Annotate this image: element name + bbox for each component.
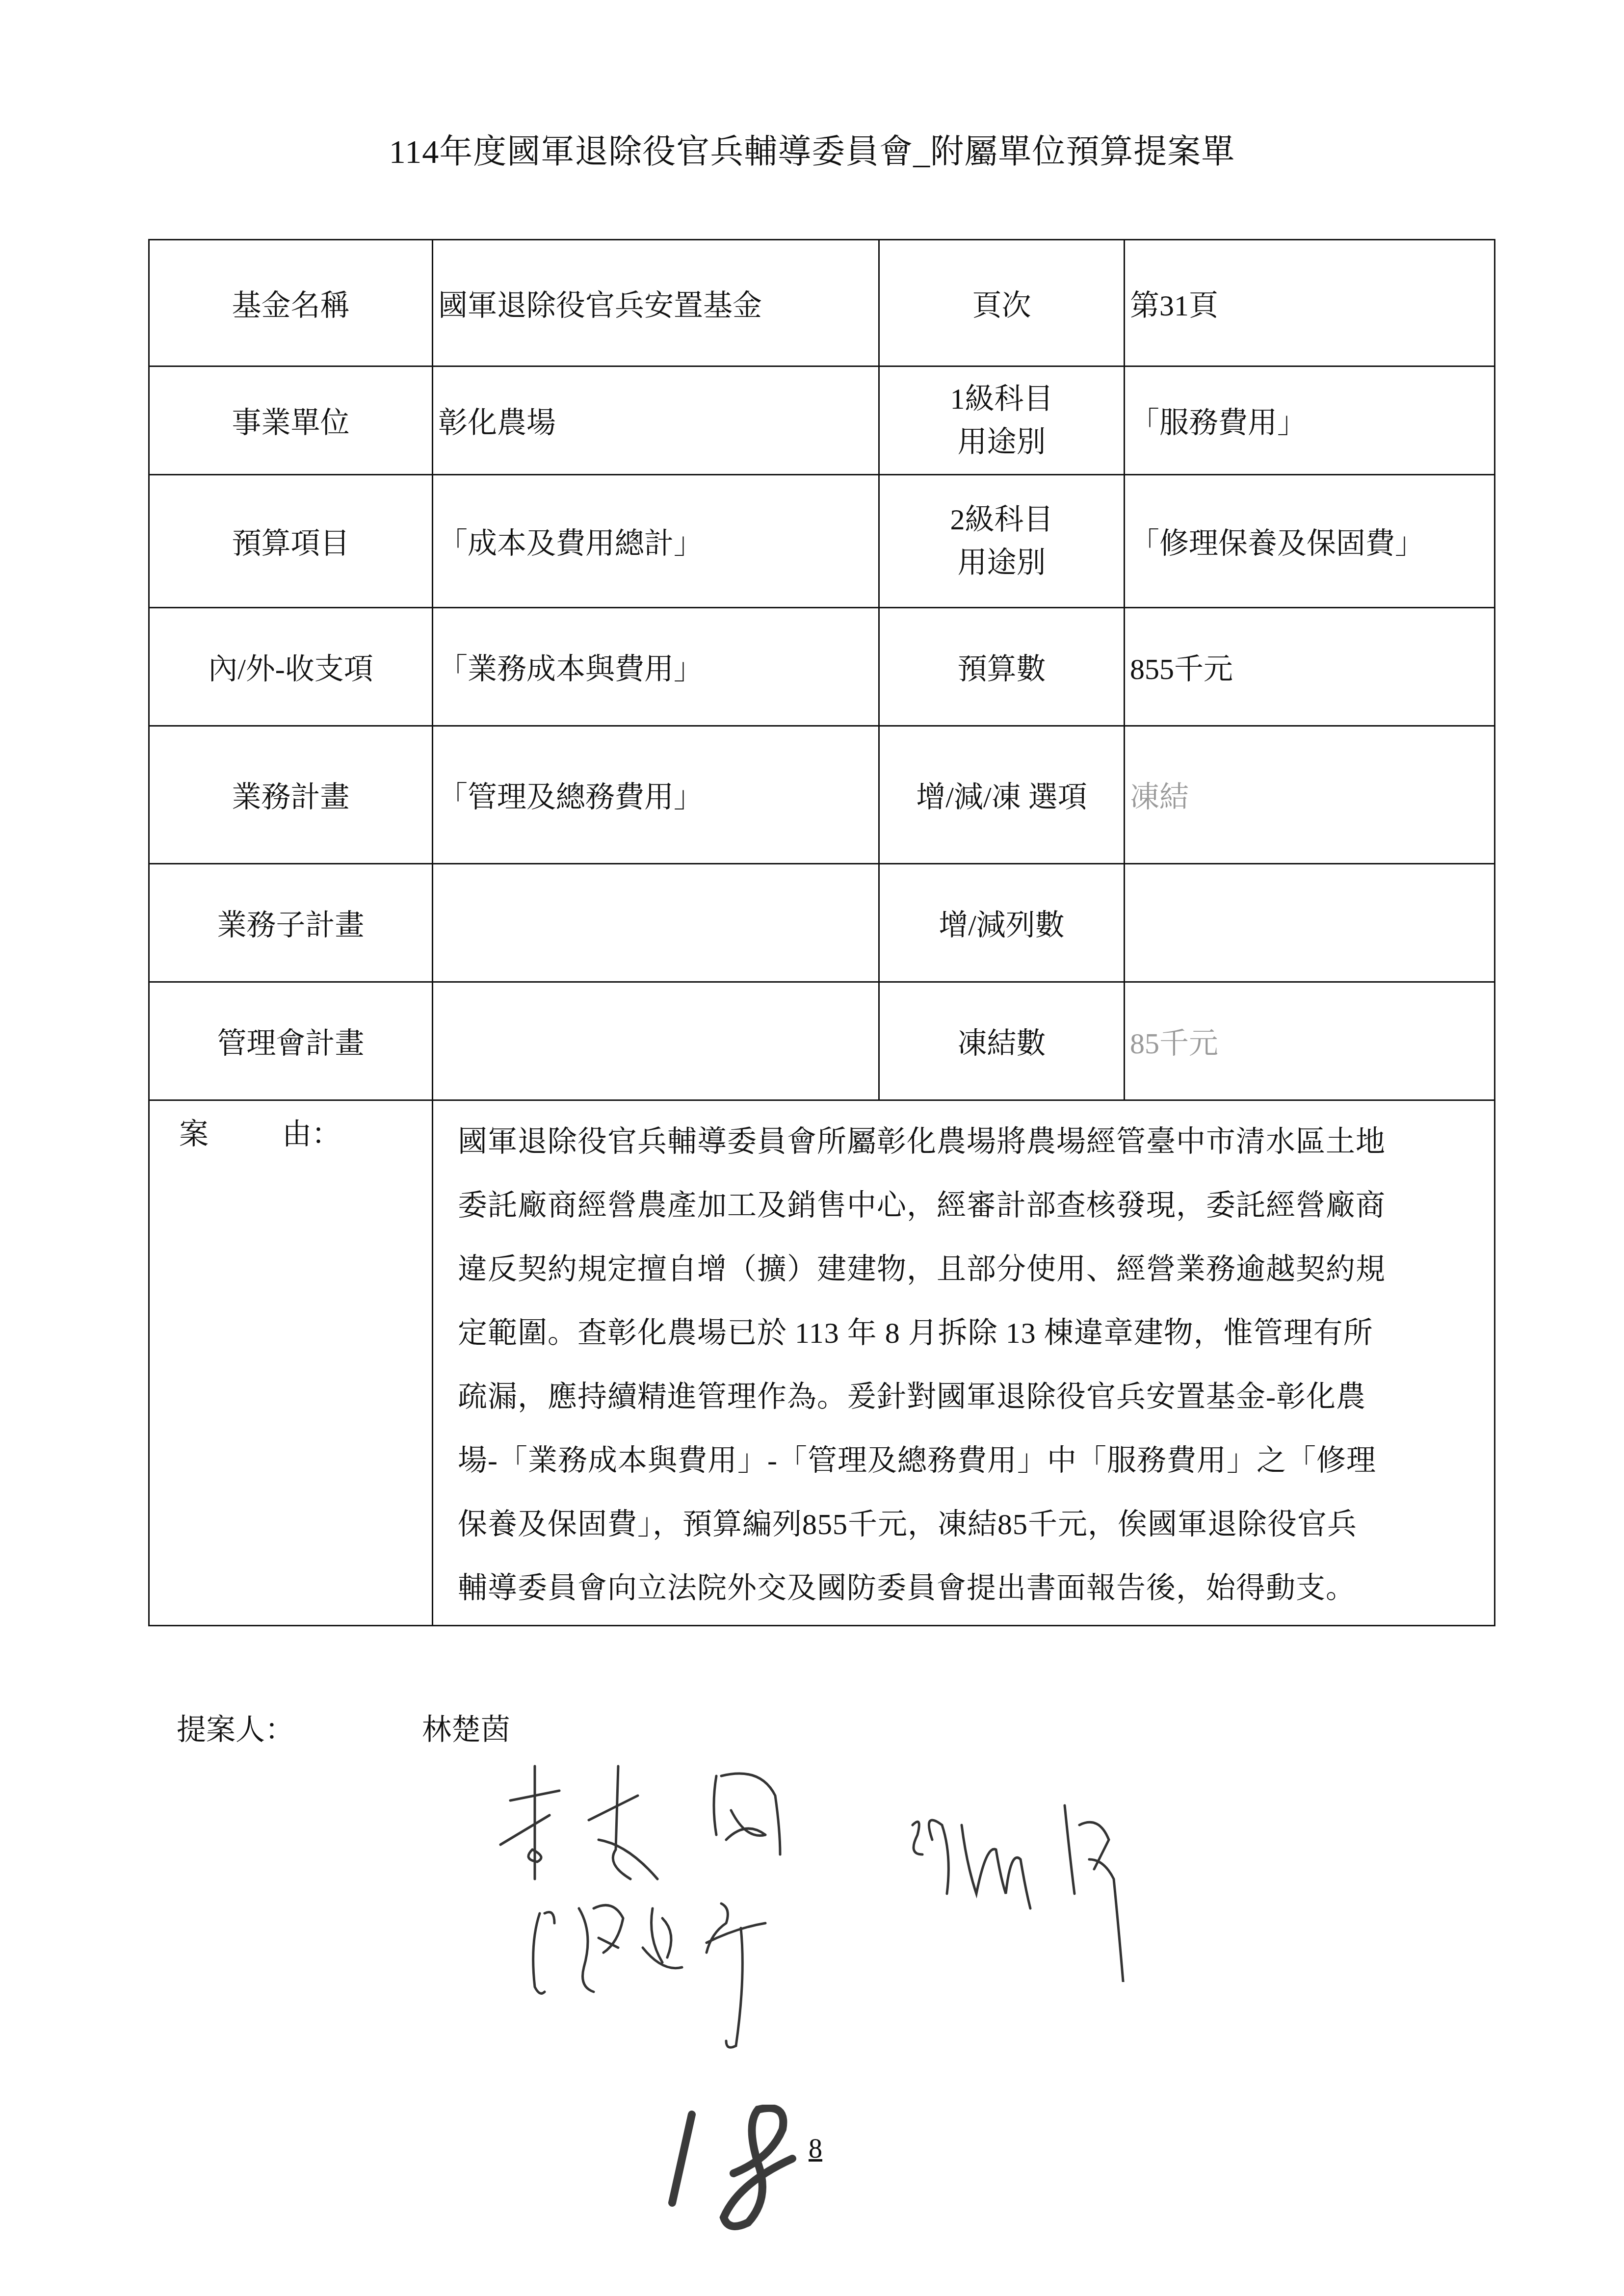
fund-name-label: 基金名稱 [149, 240, 433, 366]
table-row: 預算項目 「成本及費用總計」 2級科目 用途別 「修理保養及保固費」 [149, 475, 1495, 608]
sub-plan-value [433, 864, 879, 982]
budget-amount-value: 855千元 [1125, 608, 1495, 726]
income-expense-label: 內/外-收支項 [149, 608, 433, 726]
handwritten-page-number: 18 [665, 2105, 812, 2232]
level1-subject-value: 「服務費用」 [1125, 366, 1495, 475]
table-row: 業務計畫 「管理及總務費用」 增/減/凍 選項 凍結 [149, 726, 1495, 864]
business-plan-value: 「管理及總務費用」 [433, 726, 879, 864]
business-unit-value: 彰化農場 [433, 366, 879, 475]
fund-name-value: 國軍退除役官兵安置基金 [433, 240, 879, 366]
reason-line: 保養及保固費」，預算編列855千元，凍結85千元，俟國軍退除役官兵 [458, 1492, 1484, 1556]
level2-subject-label: 2級科目 用途別 [879, 475, 1125, 608]
business-plan-label: 業務計畫 [149, 726, 433, 864]
budget-proposal-table: 基金名稱 國軍退除役官兵安置基金 頁次 第31頁 事業單位 彰化農場 1級科目 … [148, 239, 1495, 1626]
frozen-amount-label: 凍結數 [879, 982, 1125, 1100]
signature-lin [491, 1756, 854, 1889]
level2-subject-label-line2: 用途別 [880, 541, 1124, 584]
adjustment-option-label: 增/減/凍 選項 [879, 726, 1125, 864]
reason-line: 定範圍。查彰化農場已於 113 年 8 月拆除 13 棟違章建物，惟管理有所 [458, 1301, 1484, 1365]
reason-line: 委託廠商經營農產加工及銷售中心，經審計部查核發現，委託經營廠商 [458, 1174, 1484, 1237]
reason-row: 案 由： 國軍退除役官兵輔導委員會所屬彰化農場將農場經管臺中市清水區土地 委託廠… [149, 1100, 1495, 1626]
level2-subject-value: 「修理保養及保固費」 [1125, 475, 1495, 608]
table-row: 內/外-收支項 「業務成本與費用」 預算數 855千元 [149, 608, 1495, 726]
management-plan-label: 管理會計畫 [149, 982, 433, 1100]
budget-amount-label: 預算數 [879, 608, 1125, 726]
proposer-name: 林楚茵 [422, 1706, 510, 1748]
budget-item-label: 預算項目 [149, 475, 433, 608]
reason-line: 違反契約規定擅自增（擴）建建物，且部分使用、經營業務逾越契約規 [458, 1237, 1484, 1301]
budget-item-value: 「成本及費用總計」 [433, 475, 879, 608]
reason-label-b: 由： [282, 1111, 341, 1153]
reason-label-a: 案 [179, 1111, 209, 1153]
document-title: 114年度國軍退除役官兵輔導委員會_附屬單位預算提案單 [0, 125, 1624, 173]
reason-line: 場-「業務成本與費用」-「管理及總務費用」中「服務費用」之「修理 [458, 1429, 1484, 1492]
signature-chen [515, 1889, 819, 2065]
page-label: 頁次 [879, 240, 1125, 366]
income-expense-value: 「業務成本與費用」 [433, 608, 879, 726]
level2-subject-label-line1: 2級科目 [880, 498, 1124, 541]
printed-page-number: 8 [809, 2133, 822, 2165]
business-unit-label: 事業單位 [149, 366, 433, 475]
reason-text: 國軍退除役官兵輔導委員會所屬彰化農場將農場經管臺中市清水區土地 委託廠商經營農產… [433, 1100, 1495, 1626]
table-row: 事業單位 彰化農場 1級科目 用途別 「服務費用」 [149, 366, 1495, 475]
management-plan-value [433, 982, 879, 1100]
reason-line: 輔導委員會向立法院外交及國防委員會提出書面報告後，始得動支。 [458, 1556, 1484, 1620]
adjustment-option-value: 凍結 [1125, 726, 1495, 864]
frozen-amount-value: 85千元 [1125, 982, 1495, 1100]
sub-plan-label: 業務子計畫 [149, 864, 433, 982]
signature-shen [903, 1796, 1217, 1982]
reason-label: 案 由： [149, 1100, 433, 1626]
level1-subject-label-line1: 1級科目 [880, 377, 1124, 420]
adjustment-amount-value [1125, 864, 1495, 982]
proposer-label: 提案人： [177, 1706, 422, 1748]
adjustment-amount-label: 增/減列數 [879, 864, 1125, 982]
page-value: 第31頁 [1125, 240, 1495, 366]
reason-line: 國軍退除役官兵輔導委員會所屬彰化農場將農場經管臺中市清水區土地 [458, 1110, 1484, 1174]
table-row: 管理會計畫 凍結數 85千元 [149, 982, 1495, 1100]
level1-subject-label-line2: 用途別 [880, 420, 1124, 464]
table-row: 業務子計畫 增/減列數 [149, 864, 1495, 982]
proposer: 提案人： 林楚茵 [177, 1706, 510, 1748]
table-row: 基金名稱 國軍退除役官兵安置基金 頁次 第31頁 [149, 240, 1495, 366]
reason-line: 疏漏，應持續精進管理作為。爰針對國軍退除役官兵安置基金-彰化農 [458, 1365, 1484, 1429]
level1-subject-label: 1級科目 用途別 [879, 366, 1125, 475]
